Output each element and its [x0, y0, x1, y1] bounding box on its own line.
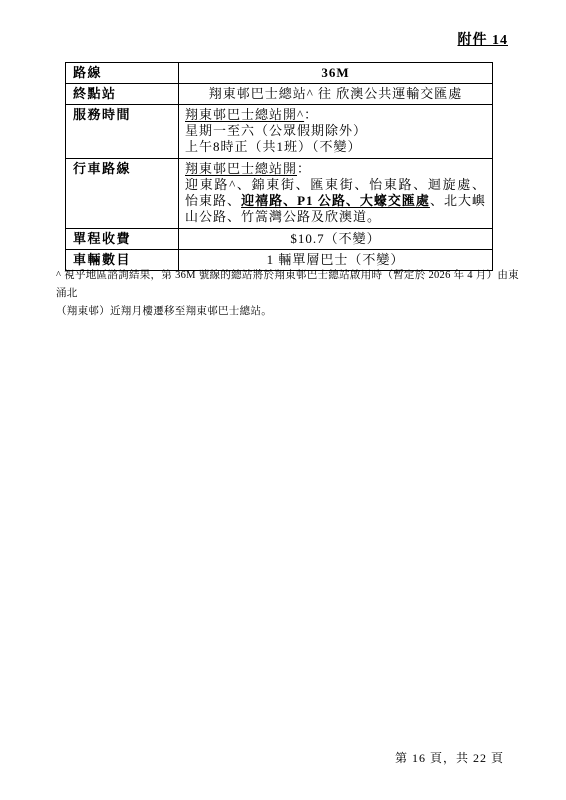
routing-streets-paragraph: 迎東路^、錦東街、匯東街、怡東路、迴旋處、怡東路、迎禧路、P1 公路、大蠔交匯處… [185, 177, 486, 225]
table-row-routing: 行車路線 翔東邨巴士總站開： 迎東路^、錦東街、匯東街、怡東路、迴旋處、怡東路、… [66, 159, 493, 229]
row-label-route: 路線 [66, 63, 179, 84]
row-label-fare: 單程收費 [66, 229, 179, 250]
routing-departure-colon: ： [297, 161, 311, 176]
row-value-service-hours: 翔東邨巴士總站開^： 星期一至六（公眾假期除外） 上午8時正（共1班）（不變） [179, 105, 493, 159]
page-number: 第 16 頁，共 22 頁 [395, 749, 504, 766]
row-value-fare: $10.7（不變） [179, 229, 493, 250]
footnote-line-1: ^ 視乎地區諮詢結果，第 36M 號線的總站將於翔東邨巴士總站啟用時（暫定於 2… [56, 267, 526, 303]
routing-departure-line: 翔東邨巴士總站開： [185, 161, 486, 177]
table-row-service-hours: 服務時間 翔東邨巴士總站開^： 星期一至六（公眾假期除外） 上午8時正（共1班）… [66, 105, 493, 159]
footnote: ^ 視乎地區諮詢結果，第 36M 號線的總站將於翔東邨巴士總站啟用時（暫定於 2… [56, 267, 526, 321]
service-hours-departure-colon: ： [304, 107, 318, 122]
row-value-terminus: 翔東邨巴士總站^ 往 欣澳公共運輸交匯處 [179, 84, 493, 105]
appendix-label: 附件 14 [458, 29, 509, 49]
route-info-table-body: 路線 36M 終點站 翔東邨巴士總站^ 往 欣澳公共運輸交匯處 服務時間 翔東邨… [66, 63, 493, 271]
footnote-line-2: （翔東邨）近翔月樓遷移至翔東邨巴士總站。 [56, 303, 526, 321]
service-hours-days-line: 星期一至六（公眾假期除外） [185, 123, 486, 139]
service-hours-time-line: 上午8時正（共1班）（不變） [185, 139, 486, 155]
row-value-route: 36M [179, 63, 493, 84]
routing-segment-bold-underlined: 迎禧路、P1 公路、大蠔交匯處 [241, 193, 430, 208]
table-row-terminus: 終點站 翔東邨巴士總站^ 往 欣澳公共運輸交匯處 [66, 84, 493, 105]
row-label-terminus: 終點站 [66, 84, 179, 105]
service-hours-departure-line: 翔東邨巴士總站開^： [185, 107, 486, 123]
table-row-route: 路線 36M [66, 63, 493, 84]
row-label-routing: 行車路線 [66, 159, 179, 229]
service-hours-departure-text: 翔東邨巴士總站開^ [185, 107, 304, 122]
document-page: 附件 14 路線 36M 終點站 翔東邨巴士總站^ 往 欣澳公共運輸交匯處 服務… [0, 0, 566, 800]
row-value-routing: 翔東邨巴士總站開： 迎東路^、錦東街、匯東街、怡東路、迴旋處、怡東路、迎禧路、P… [179, 159, 493, 229]
row-label-service-hours: 服務時間 [66, 105, 179, 159]
table-row-fare: 單程收費 $10.7（不變） [66, 229, 493, 250]
route-info-table: 路線 36M 終點站 翔東邨巴士總站^ 往 欣澳公共運輸交匯處 服務時間 翔東邨… [65, 62, 493, 271]
routing-departure-text: 翔東邨巴士總站開 [185, 161, 297, 176]
